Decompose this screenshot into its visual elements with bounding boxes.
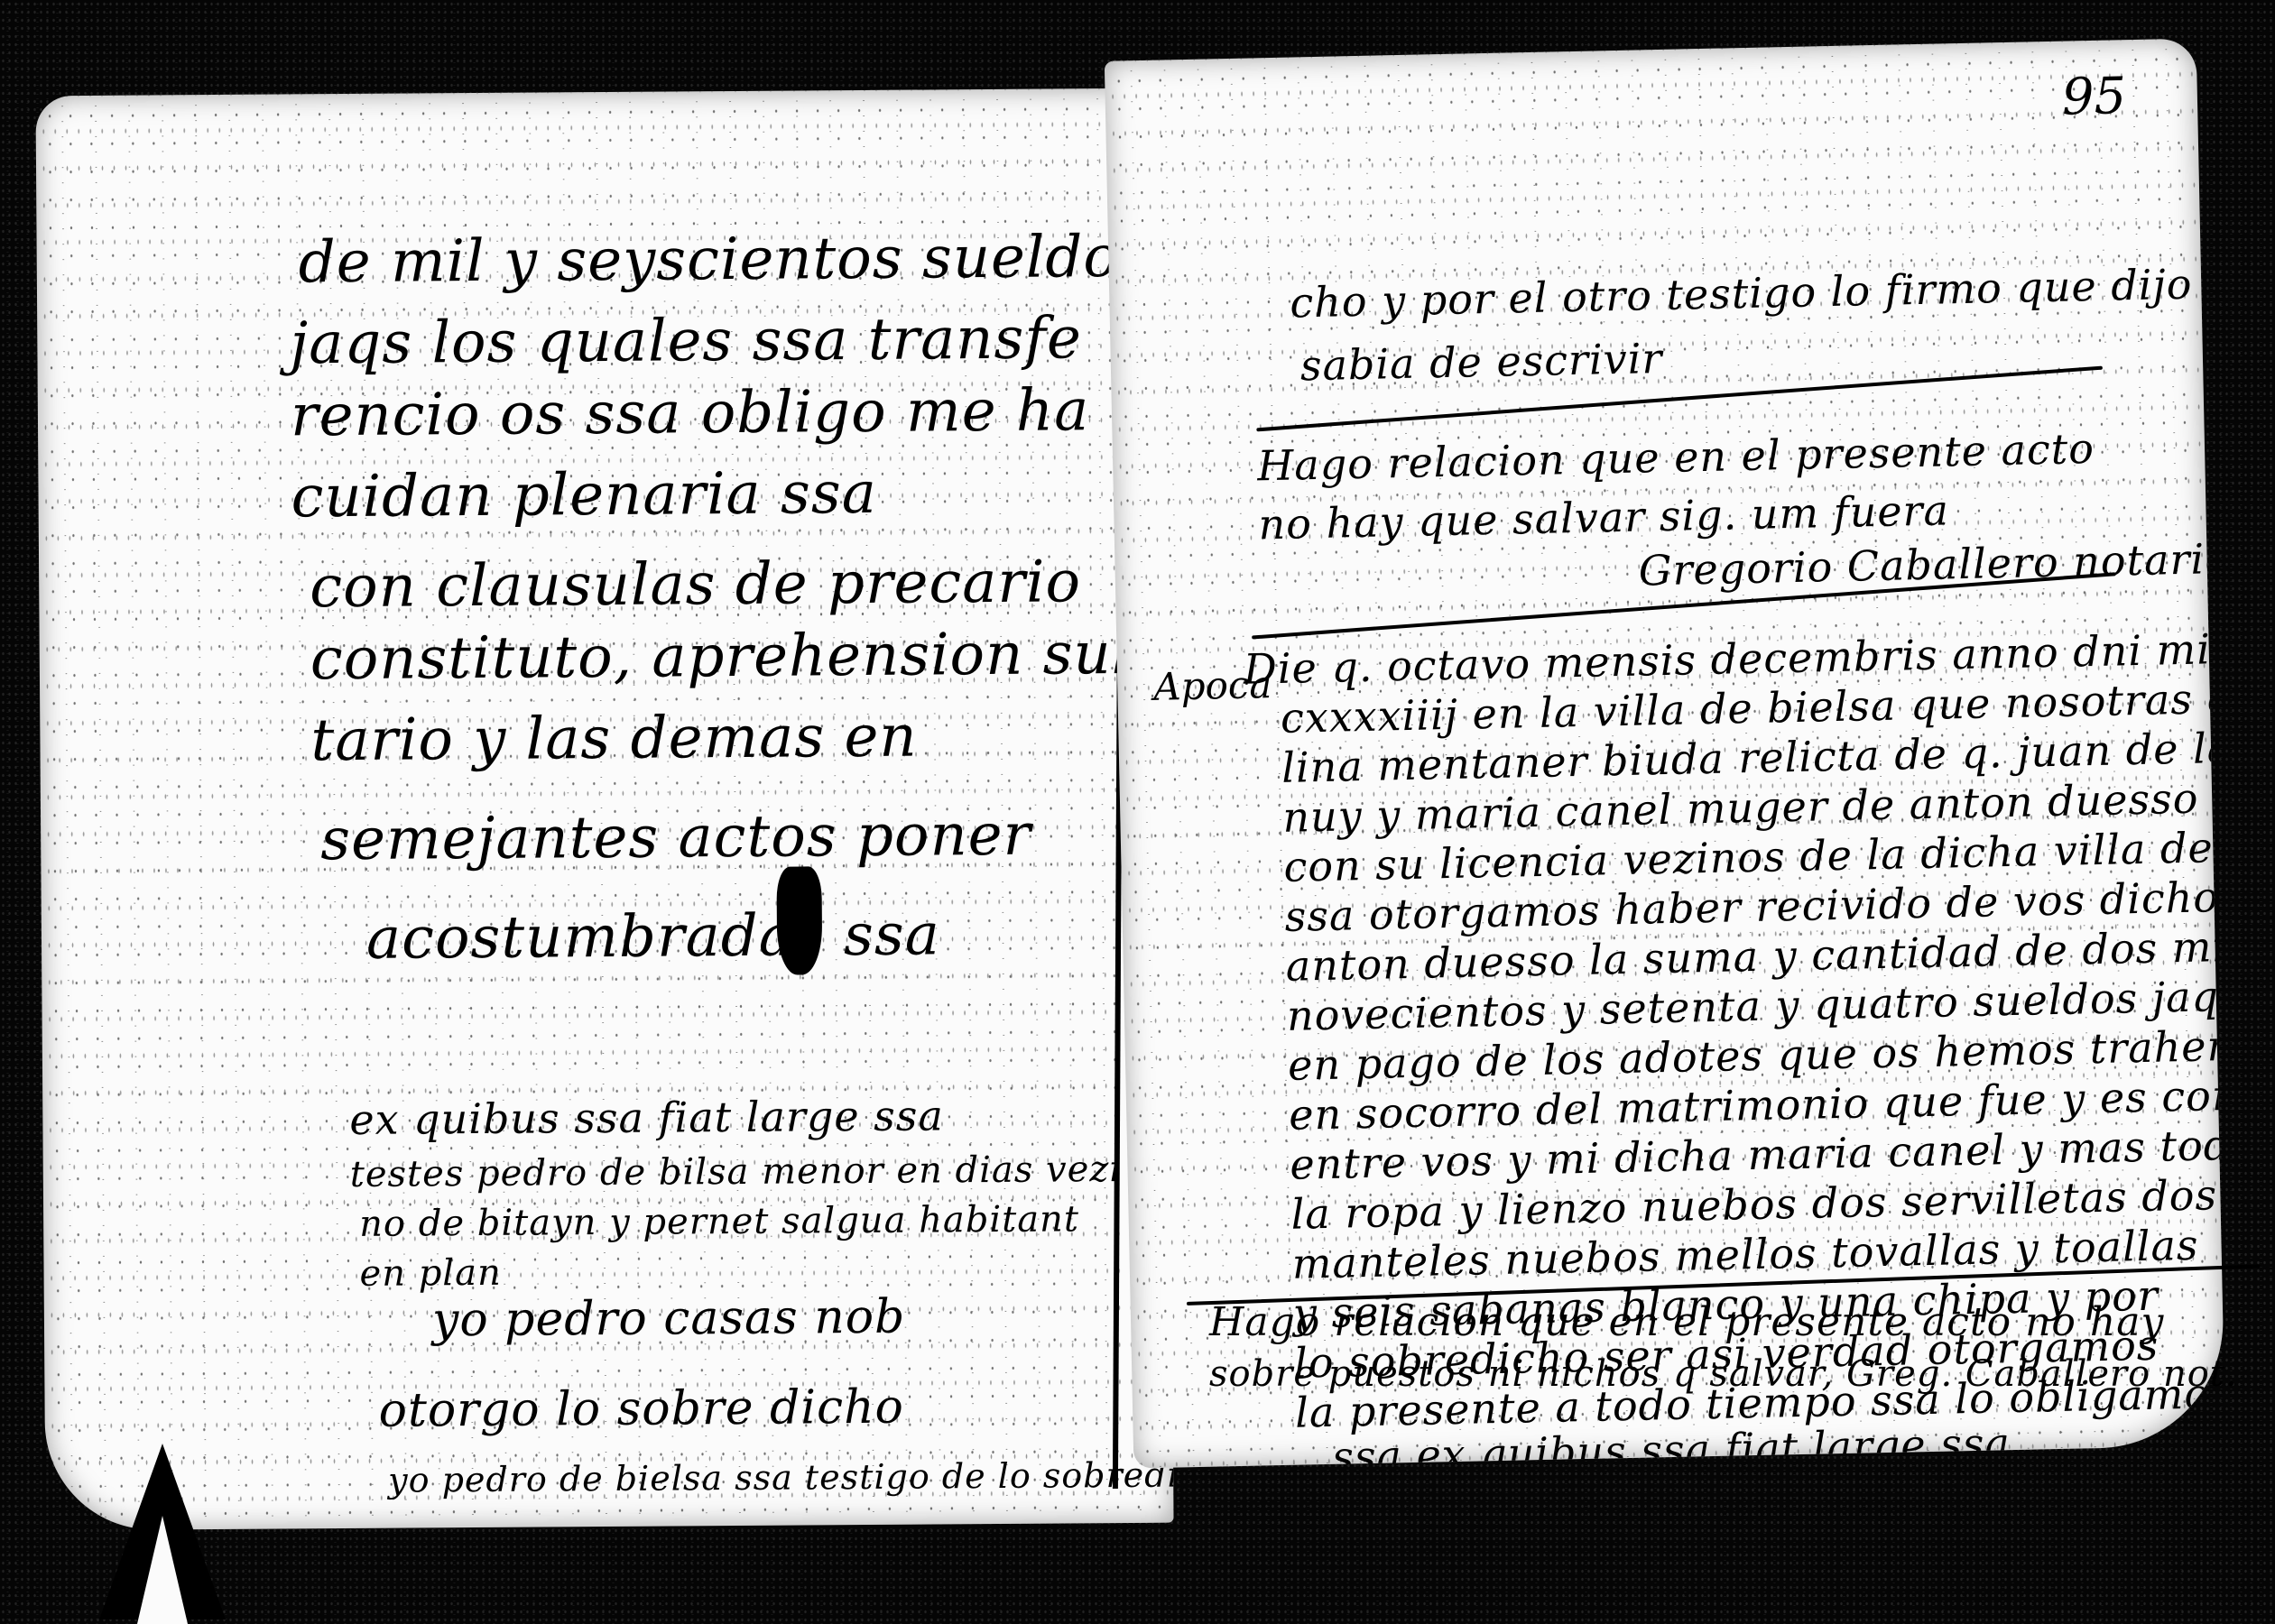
signature-line: yo pedro casas nob: [432, 1290, 906, 1348]
manuscript-line: rencio os ssa obligo me ha: [291, 377, 1090, 449]
manuscript-line: semejantes actos poner: [320, 802, 1031, 873]
ink-blot: [776, 866, 822, 974]
manuscript-line: no de bitayn y pernet salgua habitant: [359, 1198, 1079, 1245]
manuscript-line: Hago relacion que en el presente acto no…: [1209, 1299, 2164, 1345]
manuscript-line: testes pedro de bilsa menor en dias vezi: [350, 1149, 1123, 1195]
manuscript-line: cuidan plenaria ssa: [291, 460, 877, 531]
left-page: de mil y seyscientos sueldos jaqs los qu…: [35, 88, 1173, 1531]
folio-number: 95: [2061, 67, 2127, 126]
signature-line: yo pedro de bielsa ssa testigo de lo sob…: [388, 1455, 1174, 1500]
manuscript-line: de mil y seyscientos sueldos: [299, 224, 1150, 297]
manuscript-line: cho y por el otro testigo lo firmo que d…: [1290, 258, 2225, 328]
manuscript-line: jaqs los quales ssa transfe: [290, 305, 1082, 377]
manuscript-line: en plan: [359, 1252, 501, 1295]
signature-line: otorgo lo sobre dicho: [378, 1380, 904, 1438]
manuscript-line: Hago relacion que en el presente acto: [1257, 424, 2095, 490]
manuscript-line: no hay que salvar sig. um fuera: [1258, 485, 1949, 549]
manuscript-line: sobre puestos ni nichos q salvar, Greg. …: [1209, 1353, 2238, 1395]
right-page: 95 cho y por el otro testigo lo firmo qu…: [1105, 39, 2225, 1469]
manuscript-line: ex quibus ssa fiat large ssa: [349, 1091, 944, 1144]
manuscript-line: tario y las demas en: [310, 704, 918, 775]
manuscript-line: sabia de escrivir: [1299, 334, 1663, 390]
manuscript-line: con clausulas de precario: [310, 549, 1081, 621]
page-corner-highlight: [137, 1516, 188, 1624]
manuscript-line: acostumbradas ssa: [366, 901, 940, 972]
manuscript-line: constituto, aprehension subin: [310, 620, 1174, 693]
